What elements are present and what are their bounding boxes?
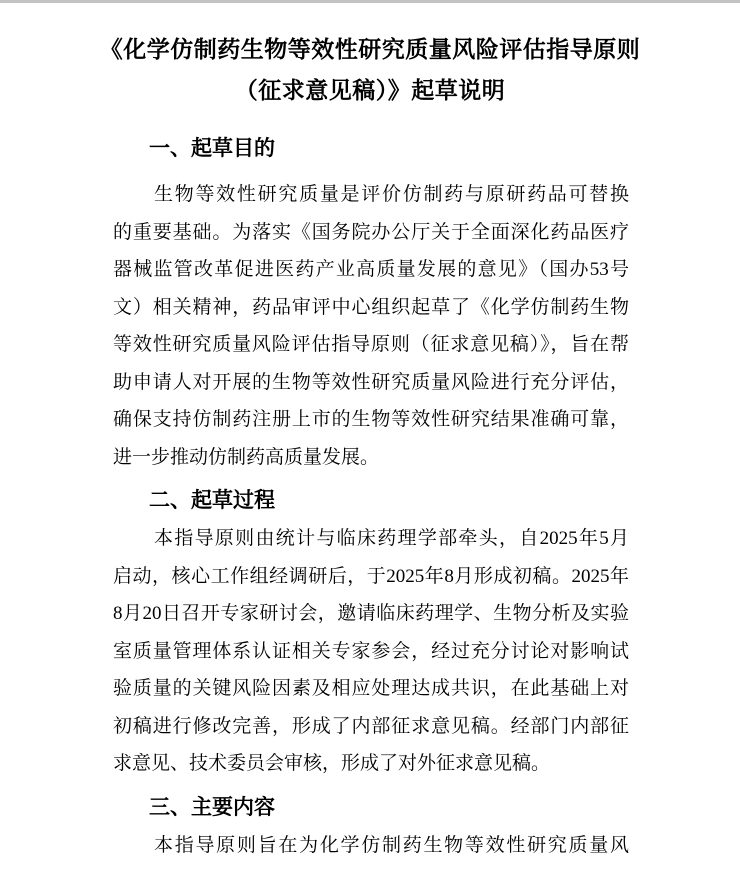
text-line: 求意见、技术委员会审核，形成了对外征求意见稿。 [113,745,629,783]
text-line: 初稿进行修改完善，形成了内部征求意见稿。经部门内部征 [113,708,629,746]
text-line: 8月20日召开专家研讨会，邀请临床药理学、生物分析及实验 [113,595,629,633]
text-line: 本指导原则旨在为化学仿制药生物等效性研究质量风 [113,827,629,865]
text-line: 器械监管改革促进医药产业高质量发展的意见》（国办53号 [113,251,629,289]
text-line: 验质量的关键风险因素及相应处理达成共识，在此基础上对 [113,670,629,708]
text-line: 确保支持仿制药注册上市的生物等效性研究结果准确可靠， [113,401,629,439]
text-line: 启动，核心工作组经调研后，于2025年8月形成初稿。2025年 [113,558,629,596]
text-line: 等效性研究质量风险评估指导原则（征求意见稿）》，旨在帮 [113,326,629,364]
paragraph: 本指导原则旨在为化学仿制药生物等效性研究质量风 [113,827,629,865]
document-title: 《化学仿制药生物等效性研究质量风险评估指导原则 （征求意见稿）》起草说明 [0,29,740,111]
text-line: 生物等效性研究质量是评价仿制药与原研药品可替换 [113,176,629,214]
section-heading: 一、起草目的 [113,130,629,168]
document-page: 《化学仿制药生物等效性研究质量风险评估指导原则 （征求意见稿）》起草说明 一、起… [0,0,740,864]
text-line: 的重要基础。为落实《国务院办公厅关于全面深化药品医疗 [113,214,629,252]
text-line: 助申请人对开展的生物等效性研究质量风险进行充分评估， [113,364,629,402]
section-3: 三、主要内容本指导原则旨在为化学仿制药生物等效性研究质量风 [113,789,629,865]
section-2: 二、起草过程本指导原则由统计与临床药理学部牵头，自2025年5月启动，核心工作组… [113,482,629,783]
document-content: 一、起草目的生物等效性研究质量是评价仿制药与原研药品可替换的重要基础。为落实《国… [113,130,629,864]
paragraph: 生物等效性研究质量是评价仿制药与原研药品可替换的重要基础。为落实《国务院办公厅关… [113,176,629,476]
paragraph: 本指导原则由统计与临床药理学部牵头，自2025年5月启动，核心工作组经调研后，于… [113,520,629,783]
text-line: 进一步推动仿制药高质量发展。 [113,439,629,477]
section-heading: 二、起草过程 [113,482,629,520]
section-1: 一、起草目的生物等效性研究质量是评价仿制药与原研药品可替换的重要基础。为落实《国… [113,130,629,476]
section-heading: 三、主要内容 [113,789,629,827]
text-line: 本指导原则由统计与临床药理学部牵头，自2025年5月 [113,520,629,558]
text-line: 室质量管理体系认证相关专家参会，经过充分讨论对影响试 [113,633,629,671]
window-top-edge [0,0,740,3]
title-line-2: （征求意见稿）》起草说明 [0,70,740,111]
sections-container: 一、起草目的生物等效性研究质量是评价仿制药与原研药品可替换的重要基础。为落实《国… [113,130,629,864]
title-line-1: 《化学仿制药生物等效性研究质量风险评估指导原则 [0,29,740,70]
text-line: 文）相关精神，药品审评中心组织起草了《化学仿制药生物 [113,289,629,327]
